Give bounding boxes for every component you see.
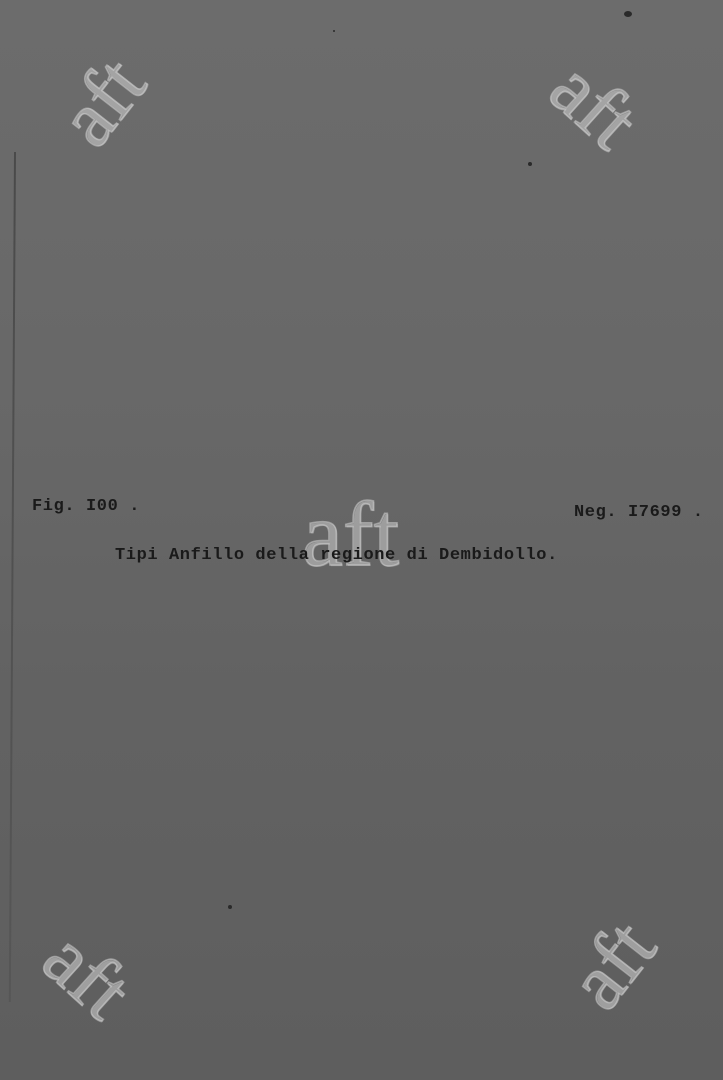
figure-number: Fig. I00 . [32,497,140,516]
archival-card: aft aft aft aft aft Fig. I00 . Neg. I769… [0,0,723,1080]
dust-speck [624,11,632,17]
dust-speck [528,162,532,166]
dust-speck [333,30,335,32]
watermark-center: aft [302,488,399,580]
card-edge-line [9,152,16,1002]
watermark-top-right: aft [536,47,652,163]
watermark-bottom-right: aft [555,907,670,1023]
watermark-top-left: aft [45,44,160,160]
caption: Tipi Anfillo della regione di Dembidollo… [115,546,558,565]
negative-number: Neg. I7699 . [574,503,704,522]
watermark-bottom-left: aft [29,917,145,1033]
dust-speck [228,905,232,909]
